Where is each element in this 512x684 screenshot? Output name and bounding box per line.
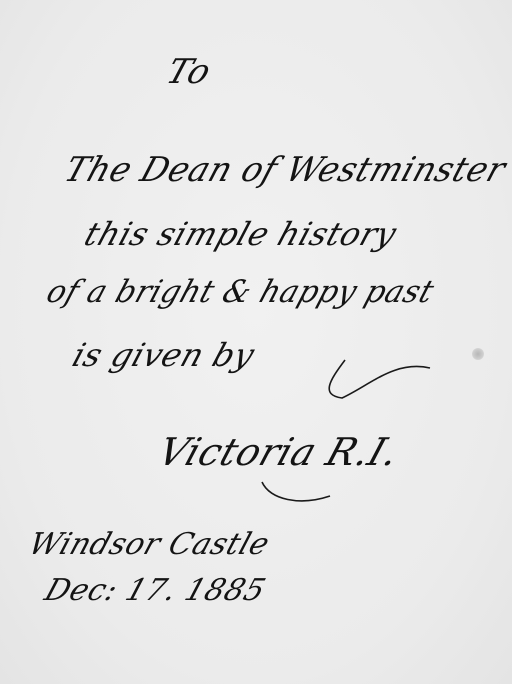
- date-written: Dec: 17. 1885: [40, 573, 270, 608]
- paper-stain: [472, 348, 484, 360]
- place-written: Windsor Castle: [24, 527, 274, 562]
- signature: Victoria R.I.: [153, 430, 405, 474]
- handwritten-letter-page: To The Dean of Westminster this simple h…: [0, 0, 512, 684]
